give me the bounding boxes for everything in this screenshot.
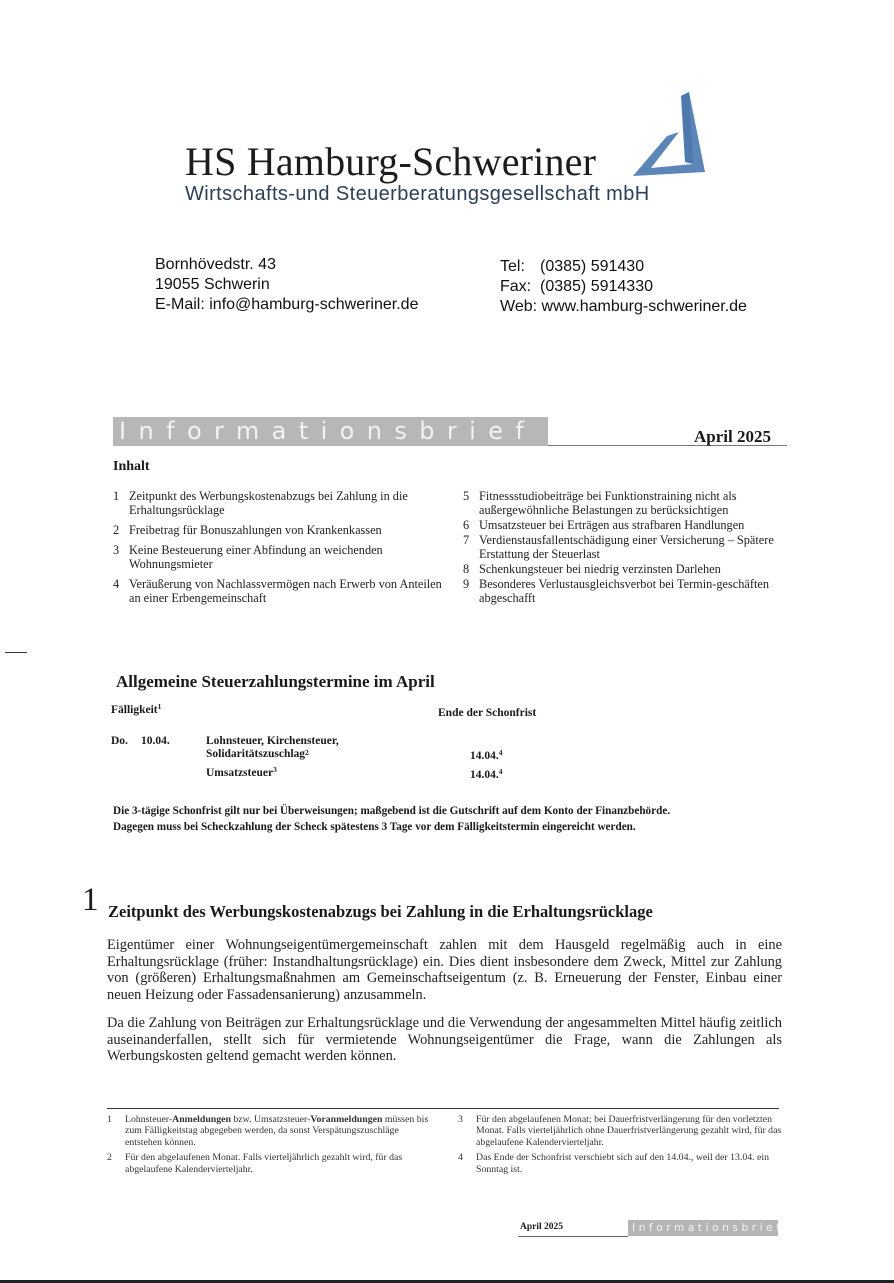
- toc-item[interactable]: 5Fitnessstudiobeiträge bei Funktionstrai…: [463, 489, 783, 517]
- informationsbrief-banner: Informationsbrief: [113, 417, 548, 446]
- schedule-row-end: 14.04.4: [470, 769, 503, 781]
- toc-item[interactable]: 2Freibetrag für Bonuszahlungen von Krank…: [113, 523, 443, 537]
- email-link[interactable]: info@hamburg-schweriner.de: [209, 296, 418, 313]
- footnote-rule: [107, 1108, 779, 1109]
- toc-heading: Inhalt: [113, 459, 150, 475]
- fax-label: Fax:: [500, 277, 540, 297]
- toc-item[interactable]: 3Keine Besteuerung einer Abfindung an we…: [113, 543, 443, 571]
- fax-number: (0385) 5914330: [540, 278, 653, 295]
- company-address: Bornhövedstr. 43 19055 Schwerin E-Mail: …: [155, 255, 418, 315]
- footnotes-left: 1Lohnsteuer-Anmeldungen bzw. Umsatzsteue…: [107, 1114, 437, 1179]
- footer-banner: Informationsbrief: [628, 1220, 778, 1236]
- toc-item[interactable]: 4Veräußerung von Nachlassvermögen nach E…: [113, 577, 443, 605]
- toc-item[interactable]: 8Schenkungsteuer bei niedrig verzinsten …: [463, 562, 783, 576]
- toc-item[interactable]: 1Zeitpunkt des Werbungskostenabzugs bei …: [113, 489, 443, 517]
- email-label: E-Mail:: [155, 296, 205, 313]
- due-date: 10.04.: [141, 735, 170, 747]
- toc-item[interactable]: 9Besonderes Verlustausgleichsverbot bei …: [463, 577, 783, 605]
- footnotes-right: 3Für den abgelaufenen Monat; bei Dauerfr…: [458, 1114, 783, 1179]
- article-paragraph: Eigentümer einer Wohnungseigentümergemei…: [107, 937, 782, 1003]
- tel-line: Tel:(0385) 591430: [500, 257, 747, 277]
- footnote: 1Lohnsteuer-Anmeldungen bzw. Umsatzsteue…: [107, 1114, 437, 1148]
- tel-label: Tel:: [500, 257, 540, 277]
- article-number: 1: [82, 882, 99, 918]
- tel-number: (0385) 591430: [540, 258, 644, 275]
- toc-item[interactable]: 7Verdienstausfallentschädigung einer Ver…: [463, 533, 783, 561]
- footer-date: April 2025: [520, 1222, 563, 1232]
- triangle-logo-icon: [633, 92, 709, 178]
- web-line: Web: www.hamburg-schweriner.de: [500, 297, 747, 317]
- footnote: 3Für den abgelaufenen Monat; bei Dauerfr…: [458, 1114, 783, 1148]
- company-name: HS Hamburg-Schweriner: [185, 138, 596, 185]
- schedule-title: Allgemeine Steuerzahlungstermine im Apri…: [116, 672, 435, 692]
- col-header-end: Ende der Schonfrist: [438, 707, 536, 719]
- margin-mark: [5, 652, 27, 653]
- schedule-row-tax: Umsatzsteuer3: [206, 767, 277, 779]
- company-subtitle: Wirtschafts-und Steuerberatungsgesellsch…: [185, 183, 650, 206]
- address-city: 19055 Schwerin: [155, 275, 418, 295]
- schedule-row-tax: Lohnsteuer, Kirchensteuer, Solidaritätsz…: [206, 735, 339, 761]
- company-contact: Tel:(0385) 591430 Fax:(0385) 5914330 Web…: [500, 257, 747, 317]
- footnote: 4Das Ende der Schonfrist verschiebt sich…: [458, 1152, 783, 1175]
- address-street: Bornhövedstr. 43: [155, 255, 418, 275]
- col-header-due: Fälligkeit1: [111, 704, 161, 716]
- schonfrist-note: Die 3-tägige Schonfrist gilt nur bei Übe…: [113, 803, 670, 835]
- schedule-row-end: 14.04.4: [470, 750, 503, 762]
- toc-right-column: 5Fitnessstudiobeiträge bei Funktionstrai…: [463, 489, 783, 606]
- due-day: Do.: [111, 735, 128, 747]
- issue-date: April 2025: [694, 427, 771, 447]
- web-label: Web:: [500, 298, 537, 315]
- article-paragraph: Da die Zahlung von Beiträgen zur Erhaltu…: [107, 1015, 782, 1065]
- footnote: 2Für den abgelaufenen Monat. Falls viert…: [107, 1152, 437, 1175]
- footer-rule: [518, 1236, 628, 1237]
- banner-title: Informationsbrief: [119, 416, 536, 446]
- toc-left-column: 1Zeitpunkt des Werbungskostenabzugs bei …: [113, 489, 443, 611]
- article-title: Zeitpunkt des Werbungskostenabzugs bei Z…: [108, 902, 653, 922]
- fax-line: Fax:(0385) 5914330: [500, 277, 747, 297]
- toc-item[interactable]: 6Umsatzsteuer bei Erträgen aus strafbare…: [463, 518, 783, 532]
- address-email-line: E-Mail: info@hamburg-schweriner.de: [155, 295, 418, 315]
- web-link[interactable]: www.hamburg-schweriner.de: [542, 298, 747, 315]
